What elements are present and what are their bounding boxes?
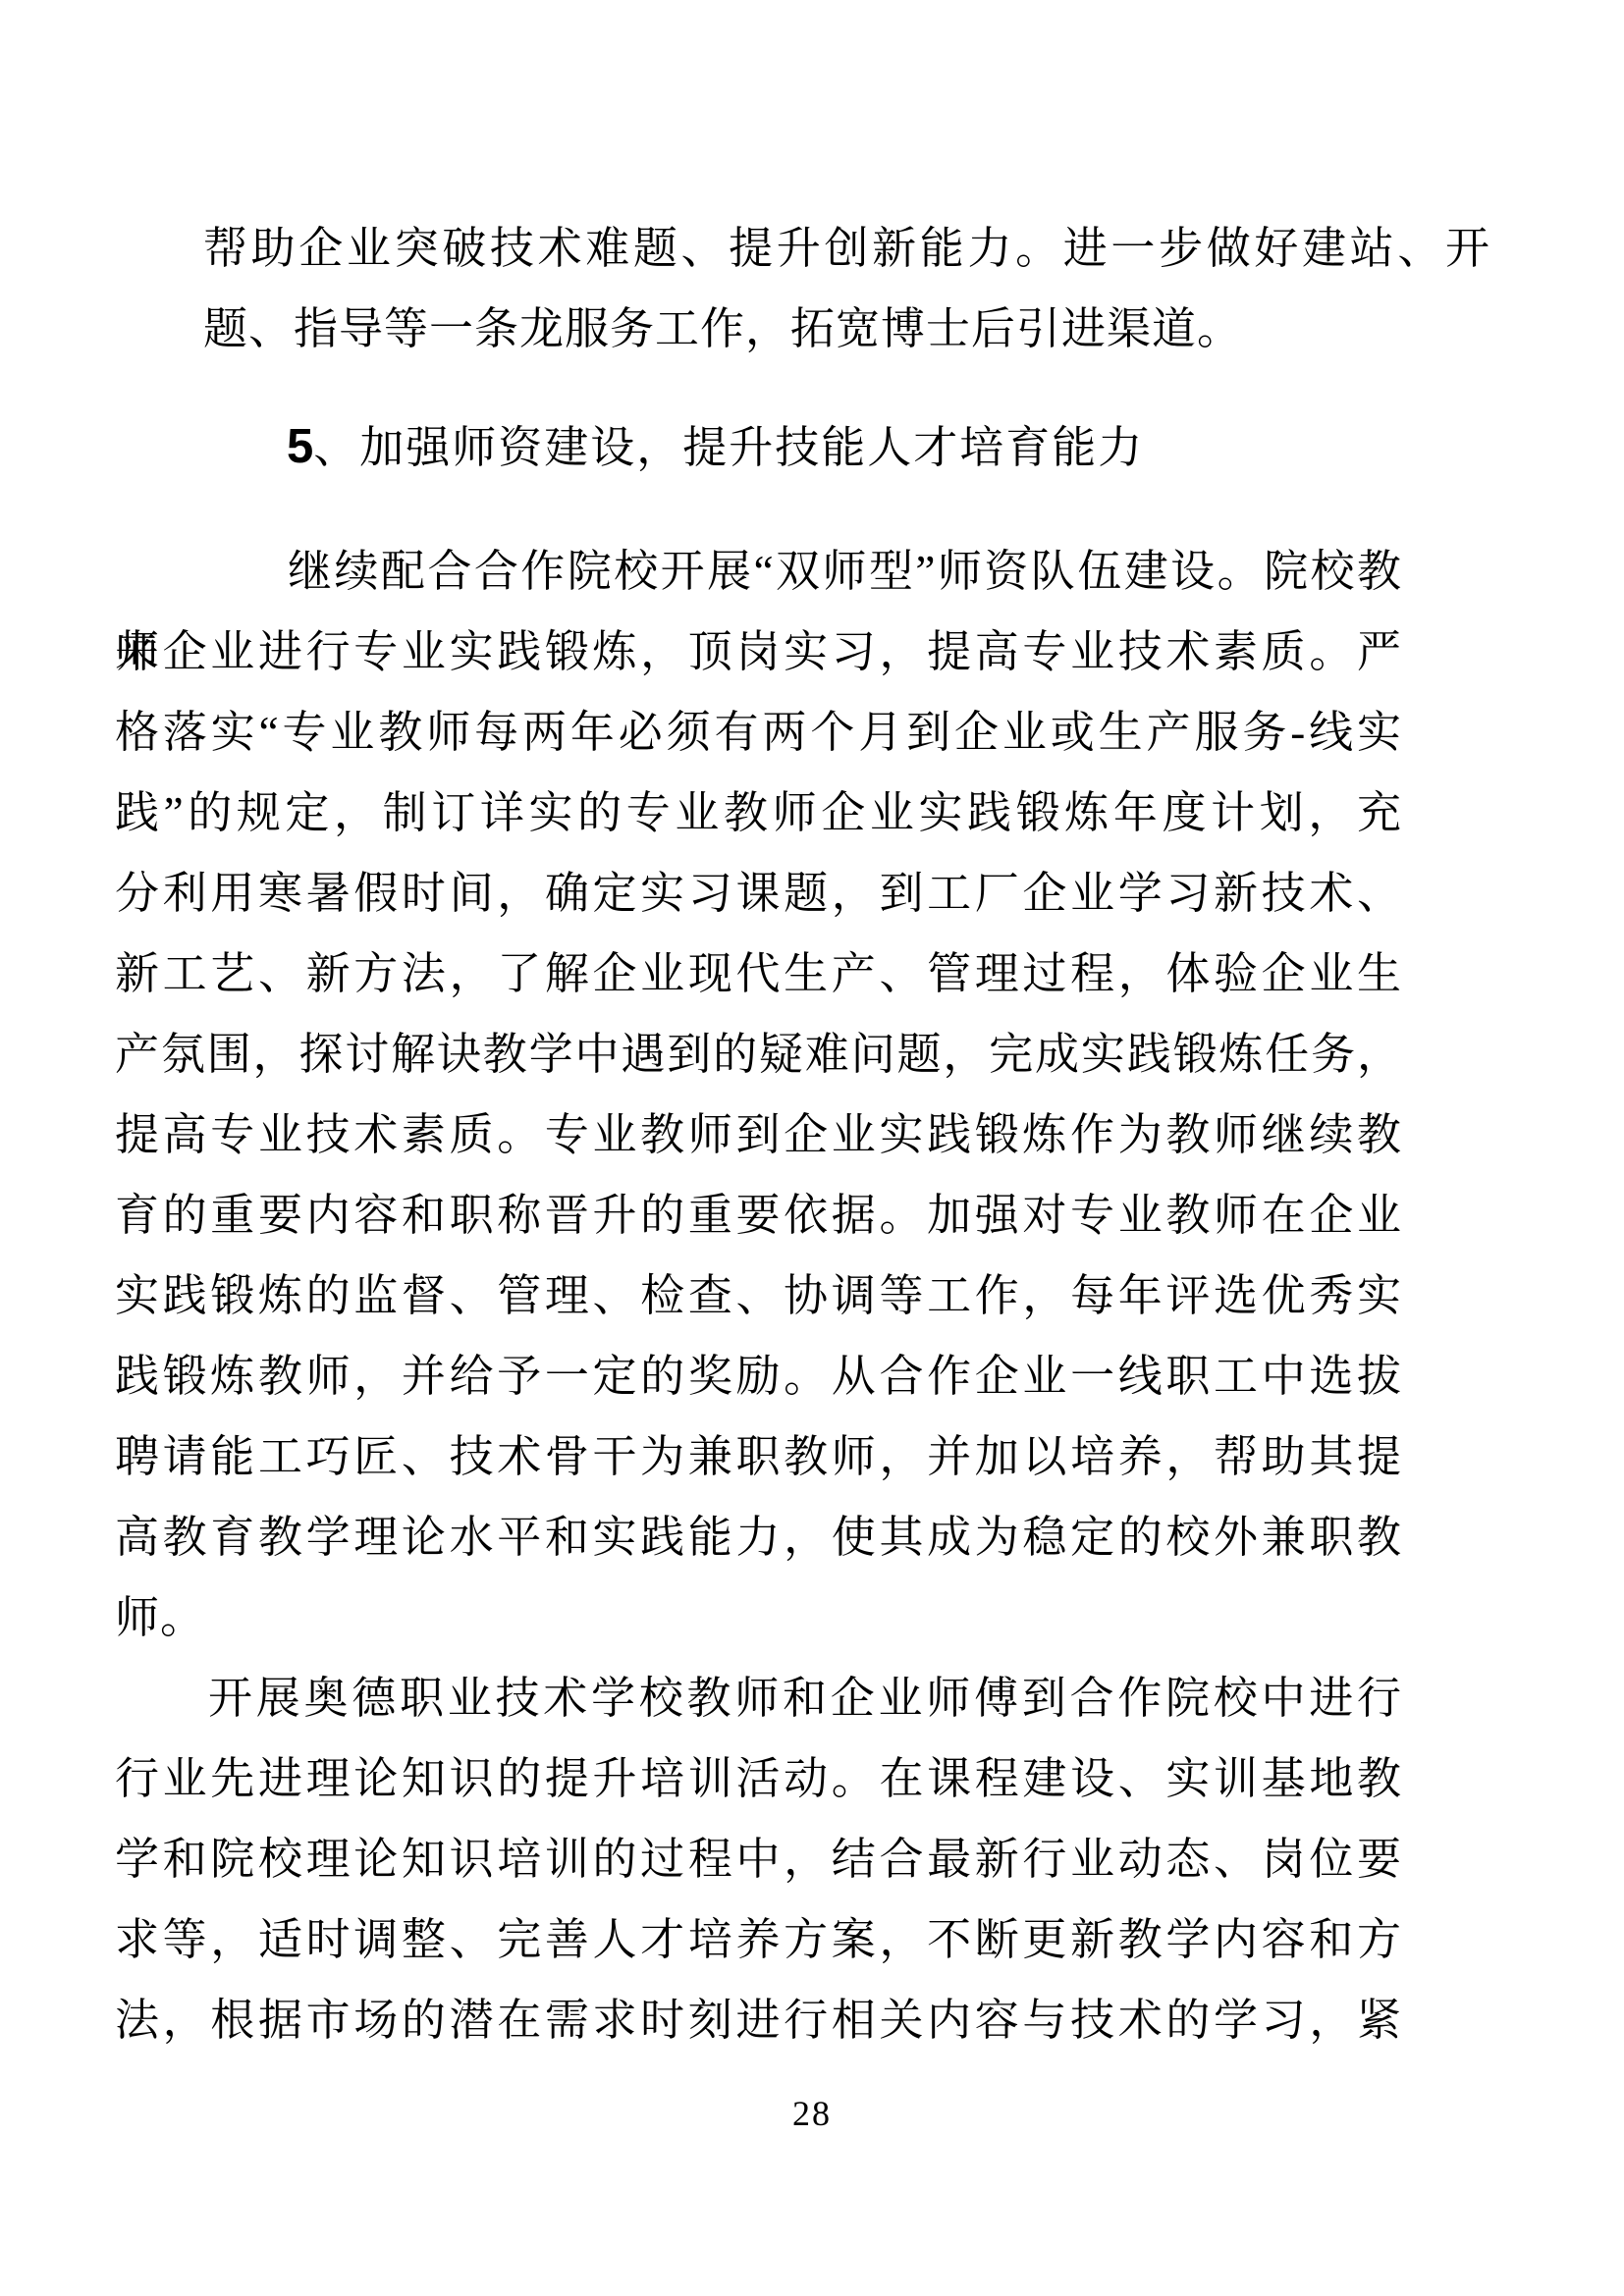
text-line: 践”的规定，制订详实的专业教师企业实践锻炼年度计划，充 — [115, 773, 1402, 853]
text-line: 师。 — [115, 1577, 1402, 1658]
document-body: 帮助企业突破技术难题、提升创新能力。进一步做好建站、开 题、指导等一条龙服务工作… — [115, 208, 1402, 2060]
text-line: 高教育教学理论水平和实践能力，使其成为稳定的校外兼职教 — [115, 1497, 1402, 1577]
text-line: 聘请能工巧匠、技术骨干为兼职教师，并加以培养，帮助其提 — [115, 1416, 1402, 1497]
text-line: 学和院校理论知识培训的过程中，结合最新行业动态、岗位要 — [115, 1819, 1402, 1899]
text-line: 法，根据市场的潜在需求时刻进行相关内容与技术的学习，紧 — [115, 1980, 1402, 2060]
text-line: 育的重要内容和职称晋升的重要依据。加强对专业教师在企业 — [115, 1175, 1402, 1255]
text-line: 产氛围，探讨解诀教学中遇到的疑难问题，完成实践锻炼任务， — [115, 1014, 1402, 1095]
text-line: 题、指导等一条龙服务工作，拓宽博士后引进渠道。 — [203, 289, 1490, 369]
heading-separator: 、 — [313, 423, 359, 472]
text-line: 实践锻炼的监督、管理、检查、协调等工作，每年评选优秀实 — [115, 1255, 1402, 1336]
text-line: 提高专业技术素质。专业教师到企业实践锻炼作为教师继续教 — [115, 1095, 1402, 1175]
text-line: 帮助企业突破技术难题、提升创新能力。进一步做好建站、开 — [203, 208, 1490, 289]
page-number: 28 — [0, 2093, 1624, 2134]
text-line: 开展奥德职业技术学校教师和企业师傅到合作院校中进行 — [115, 1658, 1402, 1738]
text-line: 来企业进行专业实践锻炼，顶岗实习，提高专业技术素质。严 — [115, 612, 1402, 692]
heading-number: 5 — [287, 420, 313, 473]
paragraph-teacher-training: 继续配合合作院校开展“双师型”师资队伍建设。院校教师 来企业进行专业实践锻炼，顶… — [115, 531, 1402, 1658]
section-heading: 5、加强师资建设，提升技能人才培育能力 — [115, 406, 1402, 487]
text-line: 践锻炼教师，并给予一定的奖励。从合作企业一线职工中选拔 — [115, 1336, 1402, 1416]
paragraph-continuation: 帮助企业突破技术难题、提升创新能力。进一步做好建站、开 题、指导等一条龙服务工作… — [203, 208, 1490, 369]
text-line: 格落实“专业教师每两年必须有两个月到企业或生产服务-线实 — [115, 692, 1402, 773]
heading-title: 加强师资建设，提升技能人才培育能力 — [359, 423, 1144, 472]
text-line: 分利用寒暑假时间，确定实习课题，到工厂企业学习新技术、 — [115, 853, 1402, 934]
text-line: 求等，适时调整、完善人才培养方案，不断更新教学内容和方 — [115, 1899, 1402, 1980]
paragraph-school-training: 开展奥德职业技术学校教师和企业师傅到合作院校中进行 行业先进理论知识的提升培训活… — [115, 1658, 1402, 2060]
document-page: 帮助企业突破技术难题、提升创新能力。进一步做好建站、开 题、指导等一条龙服务工作… — [0, 0, 1624, 2296]
text-line: 继续配合合作院校开展“双师型”师资队伍建设。院校教师 — [115, 531, 1402, 612]
text-line: 行业先进理论知识的提升培训活动。在课程建设、实训基地教 — [115, 1738, 1402, 1819]
text-line: 新工艺、新方法，了解企业现代生产、管理过程，体验企业生 — [115, 934, 1402, 1014]
